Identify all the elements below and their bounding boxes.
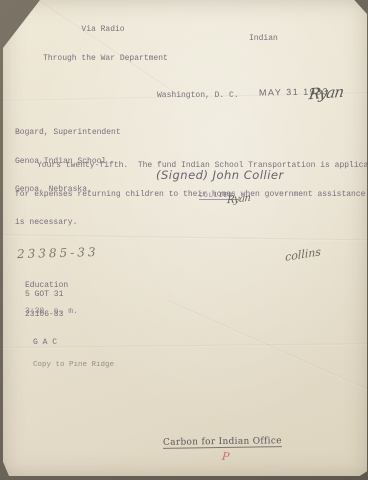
routing-line-war-department: Through the War Department (43, 54, 163, 64)
classification-label: Indian (249, 34, 278, 44)
red-pencil-mark: P (221, 450, 230, 464)
carbon-office-stamp: Carbon for Indian Office (163, 436, 282, 449)
addressee-name: Bogard, Superintendent (15, 128, 121, 138)
paper-sheet: Via Radio Through the War Department Ind… (3, 0, 367, 476)
handwritten-initials-top: Ryan (308, 83, 345, 104)
routing-line-via-radio: Via Radio (43, 25, 163, 35)
body-line-3: is necessary. (15, 218, 363, 228)
routing-header: Via Radio Through the War Department (43, 6, 163, 82)
paper-crease (166, 299, 368, 423)
handwritten-note-right: collins (285, 245, 321, 264)
body-line-2: for expenses returning children to their… (15, 190, 363, 200)
signature-line: (Signed) John Collier (156, 168, 284, 182)
file-time: 3:30 p. m. (25, 307, 78, 317)
message-body: Yours twenty-fifth. The fund Indian Scho… (15, 142, 363, 247)
scanned-document: Via Radio Through the War Department Ind… (0, 0, 368, 480)
dateline-place: Washington, D. C. (157, 91, 239, 101)
handwritten-file-number: 23385-33 (17, 245, 99, 261)
copy-note: Copy to Pine Ridge (33, 361, 114, 371)
file-clerk-initials: G A C (25, 338, 68, 348)
file-stamp-code: 5 GOT 31 (25, 290, 63, 300)
